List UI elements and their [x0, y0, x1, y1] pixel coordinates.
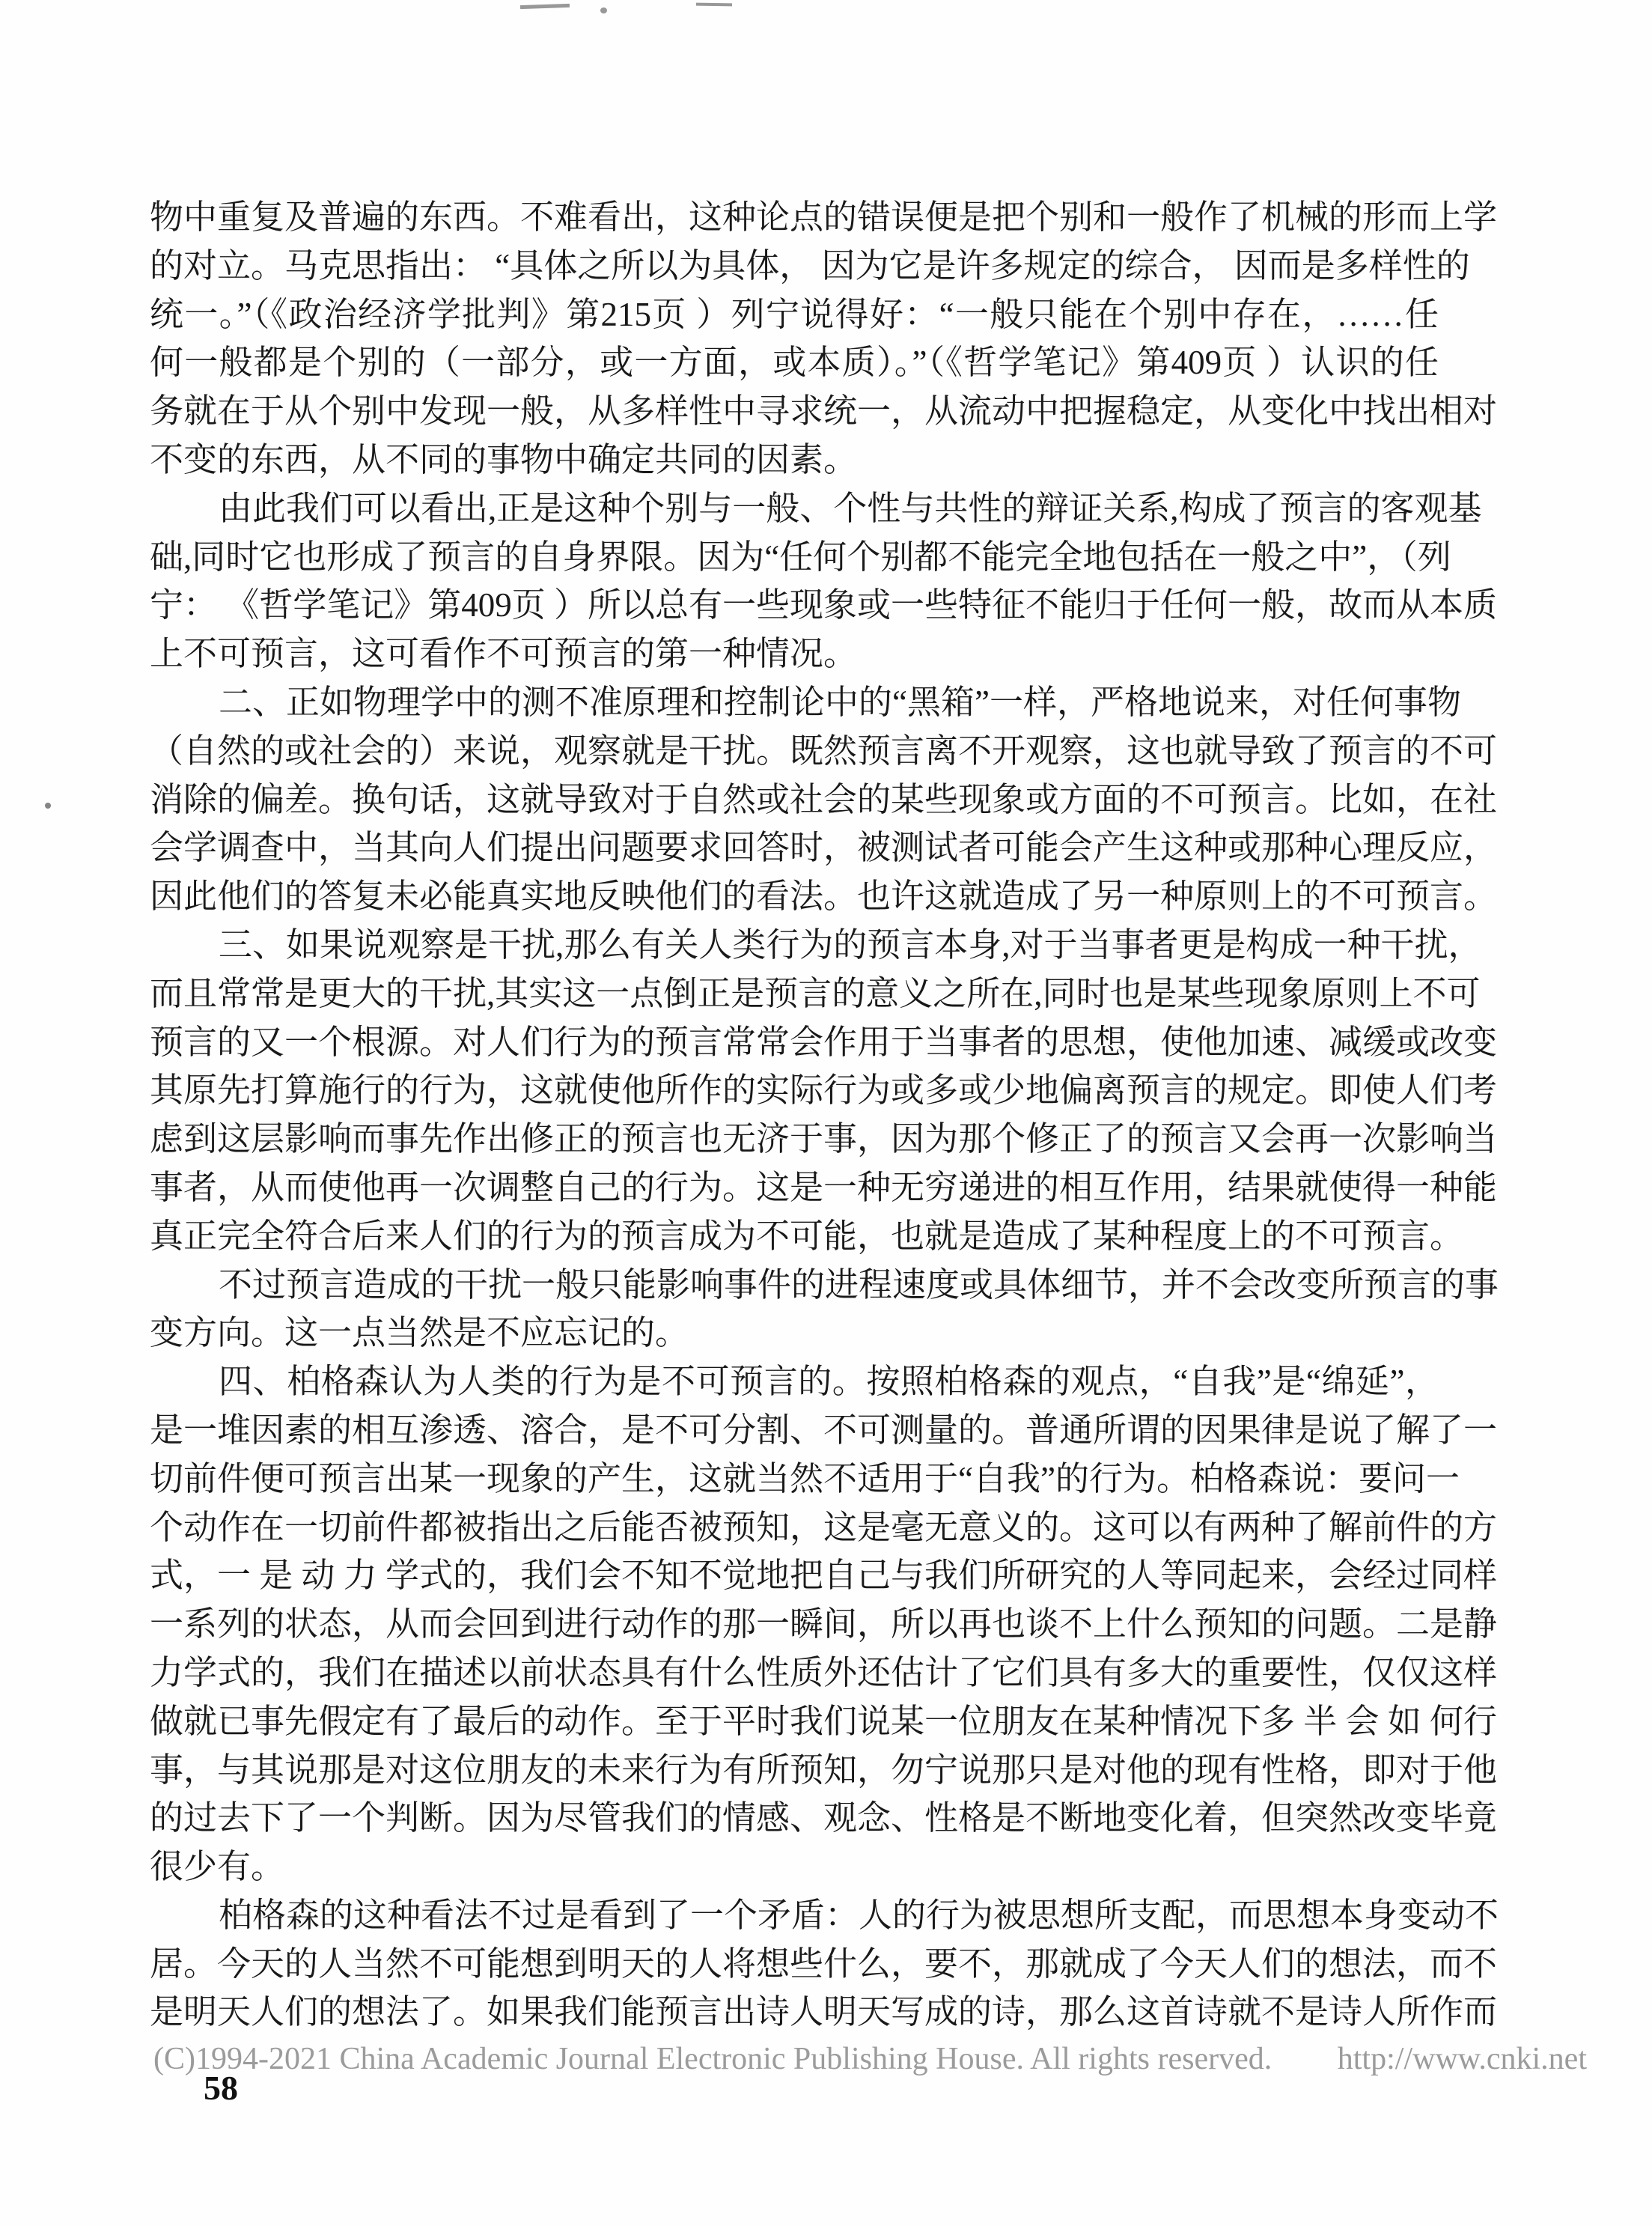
- scan-speck: [520, 4, 570, 9]
- text-line: 三、如果说观察是干扰,那么有关人类行为的预言本身,对于当事者更是构成一种干扰，: [150, 921, 1439, 970]
- scan-speck: [696, 3, 732, 7]
- text-line: 而且常常是更大的干扰,其实这一点倒正是预言的意义之所在,同时也是某些现象原则上不…: [150, 970, 1439, 1018]
- text-line: 真正完全符合后来人们的行为的预言成为不可能，也就是造成了某种程度上的不可预言。: [150, 1212, 1439, 1261]
- text-line: 会学调查中，当其向人们提出问题要求回答时，被测试者可能会产生这种或那种心理反应，: [150, 824, 1439, 872]
- copyright-text: (C)1994-2021 China Academic Journal Elec…: [153, 2041, 1272, 2077]
- text-line: 预言的又一个根源。对人们行为的预言常常会作用于当事者的思想，使他加速、减缓或改变: [150, 1018, 1439, 1067]
- text-line: 础,同时它也形成了预言的自身界限。因为“任何个别都不能完全地包括在一般之中”，（…: [150, 533, 1439, 582]
- text-line: 一系列的状态，从而会回到进行动作的那一瞬间，所以再也谈不上什么预知的问题。二是静: [150, 1600, 1439, 1649]
- text-line: 上不可预言，这可看作不可预言的第一种情况。: [150, 630, 1439, 678]
- text-line: 宁： 《哲学笔记》第409页 ）所以总有一些现象或一些特征不能归于任何一般，故而…: [150, 581, 1439, 630]
- text-line: 统一。”（《政治经济学批判》第215页 ）列宁说得好：“一般只能在个别中存在，……: [150, 291, 1439, 339]
- text-line: 式，一 是 动 力 学式的，我们会不知不觉地把自己与我们所研究的人等同起来，会经…: [150, 1551, 1439, 1600]
- text-line: 由此我们可以看出,正是这种个别与一般、个性与共性的辩证关系,构成了预言的客观基: [150, 484, 1439, 533]
- text-line: 居。今天的人当然不可能想到明天的人将想些什么，要不，那就成了今天人们的想法，而不: [150, 1940, 1439, 1989]
- copyright-watermark: (C)1994-2021 China Academic Journal Elec…: [153, 2041, 1587, 2077]
- text-line: 事者，从而使他再一次调整自己的行为。这是一种无穷递进的相互作用，结果就使得一种能: [150, 1164, 1439, 1212]
- text-line: 柏格森的这种看法不过是看到了一个矛盾：人的行为被思想所支配，而思想本身变动不: [150, 1891, 1439, 1940]
- text-line: 何一般都是个别的（一部分，或一方面，或本质）。”（《哲学笔记》第409页 ）认识…: [150, 338, 1439, 387]
- text-line: 做就已事先假定有了最后的动作。至于平时我们说某一位朋友在某种情况下多 半 会 如…: [150, 1697, 1439, 1746]
- text-line: 因此他们的答复未必能真实地反映他们的看法。也许这就造成了另一种原则上的不可预言。: [150, 872, 1439, 921]
- text-line: 是明天人们的想法了。如果我们能预言出诗人明天写成的诗，那么这首诗就不是诗人所作而: [150, 1988, 1439, 2037]
- article-body: 物中重复及普遍的东西。不难看出，这种论点的错误便是把个别和一般作了机械的形而上学…: [150, 193, 1439, 2037]
- text-line: 二、正如物理学中的测不准原理和控制论中的“黑箱”一样，严格地说来，对任何事物: [150, 678, 1439, 727]
- text-line: 力学式的，我们在描述以前状态具有什么性质外还估计了它们具有多大的重要性，仅仅这样: [150, 1649, 1439, 1697]
- text-line: 虑到这层影响而事先作出修正的预言也无济于事，因为那个修正了的预言又会再一次影响当: [150, 1115, 1439, 1164]
- text-line: 的对立。马克思指出： “具体之所以为具体， 因为它是许多规定的综合， 因而是多样…: [150, 242, 1439, 291]
- scan-speck: [600, 7, 607, 13]
- text-line: 很少有。: [150, 1843, 1439, 1891]
- text-line: （自然的或社会的）来说，观察就是干扰。既然预言离不开观察，这也就导致了预言的不可: [150, 727, 1439, 776]
- text-line: 的过去下了一个判断。因为尽管我们的情感、观念、性格是不断地变化着，但突然改变毕竟: [150, 1794, 1439, 1843]
- text-line: 变方向。这一点当然是不应忘记的。: [150, 1309, 1439, 1357]
- scanned-page: 物中重复及普遍的东西。不难看出，这种论点的错误便是把个别和一般作了机械的形而上学…: [0, 0, 1652, 2226]
- text-line: 切前件便可预言出某一现象的产生，这就当然不适用于“自我”的行为。柏格森说：要问一: [150, 1455, 1439, 1503]
- scan-speck: [45, 803, 51, 809]
- text-line: 物中重复及普遍的东西。不难看出，这种论点的错误便是把个别和一般作了机械的形而上学: [150, 193, 1439, 242]
- text-line: 其原先打算施行的行为，这就使他所作的实际行为或多或少地偏离预言的规定。即使人们考: [150, 1066, 1439, 1115]
- page-number: 58: [204, 2070, 238, 2107]
- text-line: 不过预言造成的干扰一般只能影响事件的进程速度或具体细节，并不会改变所预言的事: [150, 1261, 1439, 1310]
- text-line: 个动作在一切前件都被指出之后能否被预知，这是毫无意义的。这可以有两种了解前件的方: [150, 1503, 1439, 1552]
- text-line: 事，与其说那是对这位朋友的未来行为有所预知，勿宁说那只是对他的现有性格，即对于他: [150, 1746, 1439, 1795]
- text-line: 务就在于从个别中发现一般，从多样性中寻求统一，从流动中把握稳定，从变化中找出相对: [150, 387, 1439, 436]
- cnki-url: http://www.cnki.net: [1338, 2041, 1587, 2077]
- text-line: 四、柏格森认为人类的行为是不可预言的。按照柏格森的观点，“自我”是“绵延”，: [150, 1357, 1439, 1406]
- text-line: 是一堆因素的相互渗透、溶合，是不可分割、不可测量的。普通所谓的因果律是说了解了一: [150, 1406, 1439, 1455]
- text-line: 消除的偏差。换句话，这就导致对于自然或社会的某些现象或方面的不可预言。比如，在社: [150, 776, 1439, 824]
- text-line: 不变的东西，从不同的事物中确定共同的因素。: [150, 436, 1439, 484]
